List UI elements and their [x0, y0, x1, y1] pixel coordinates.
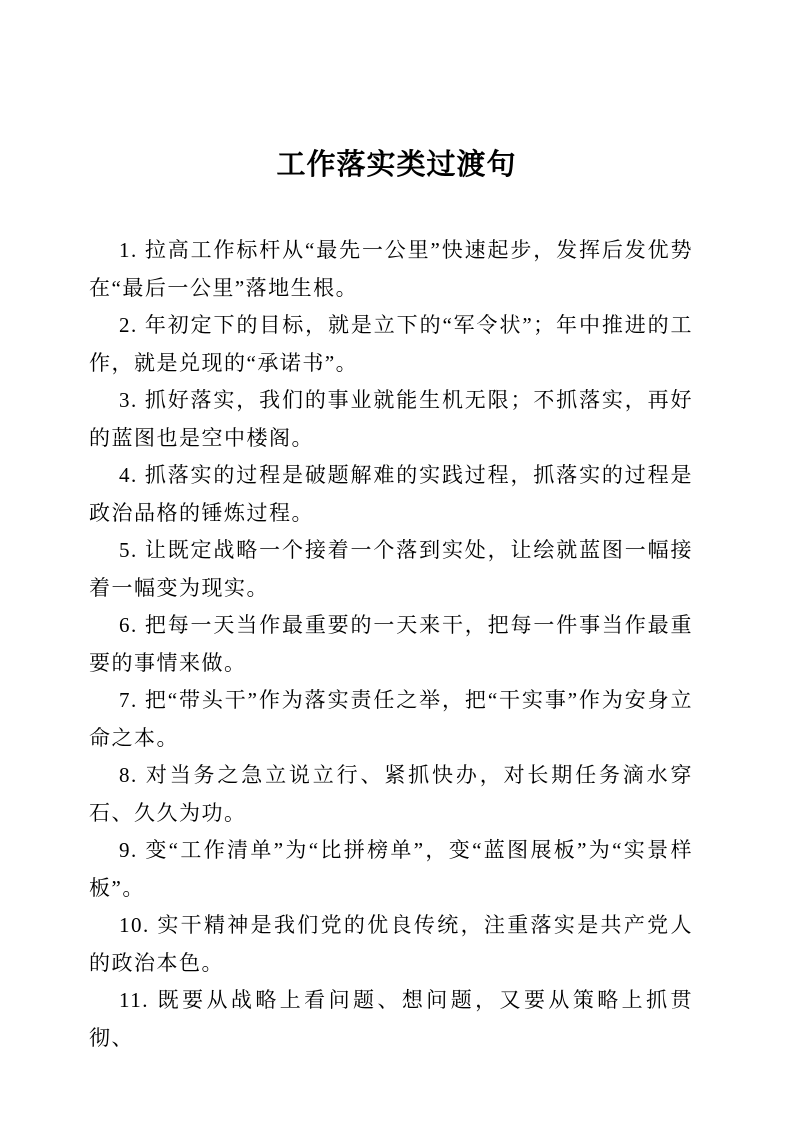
paragraph: 5. 让既定战略一个接着一个落到实处，让绘就蓝图一幅接着一幅变为现实。 — [89, 532, 693, 607]
paragraph: 11. 既要从战略上看问题、想问题，又要从策略上抓贯彻、 — [89, 982, 693, 1057]
document-page: 工作落实类过渡句 1. 拉高工作标杆从“最先一公里”快速起步，发挥后发优势在“最… — [0, 0, 793, 1122]
paragraph: 9. 变“工作清单”为“比拼榜单”，变“蓝图展板”为“实景样板”。 — [89, 832, 693, 907]
paragraph: 1. 拉高工作标杆从“最先一公里”快速起步，发挥后发优势在“最后一公里”落地生根… — [89, 232, 693, 307]
paragraph: 7. 把“带头干”作为落实责任之举，把“干实事”作为安身立命之本。 — [89, 682, 693, 757]
document-title: 工作落实类过渡句 — [0, 0, 793, 185]
paragraph: 2. 年初定下的目标，就是立下的“军令状”；年中推进的工作，就是兑现的“承诺书”… — [89, 307, 693, 382]
paragraph: 3. 抓好落实，我们的事业就能生机无限；不抓落实，再好的蓝图也是空中楼阁。 — [89, 382, 693, 457]
paragraph: 8. 对当务之急立说立行、紧抓快办，对长期任务滴水穿石、久久为功。 — [89, 757, 693, 832]
paragraph: 4. 抓落实的过程是破题解难的实践过程，抓落实的过程是政治品格的锤炼过程。 — [89, 457, 693, 532]
paragraph: 6. 把每一天当作最重要的一天来干，把每一件事当作最重要的事情来做。 — [89, 607, 693, 682]
paragraph: 10. 实干精神是我们党的优良传统，注重落实是共产党人的政治本色。 — [89, 907, 693, 982]
paragraph-list: 1. 拉高工作标杆从“最先一公里”快速起步，发挥后发优势在“最后一公里”落地生根… — [89, 232, 693, 1057]
